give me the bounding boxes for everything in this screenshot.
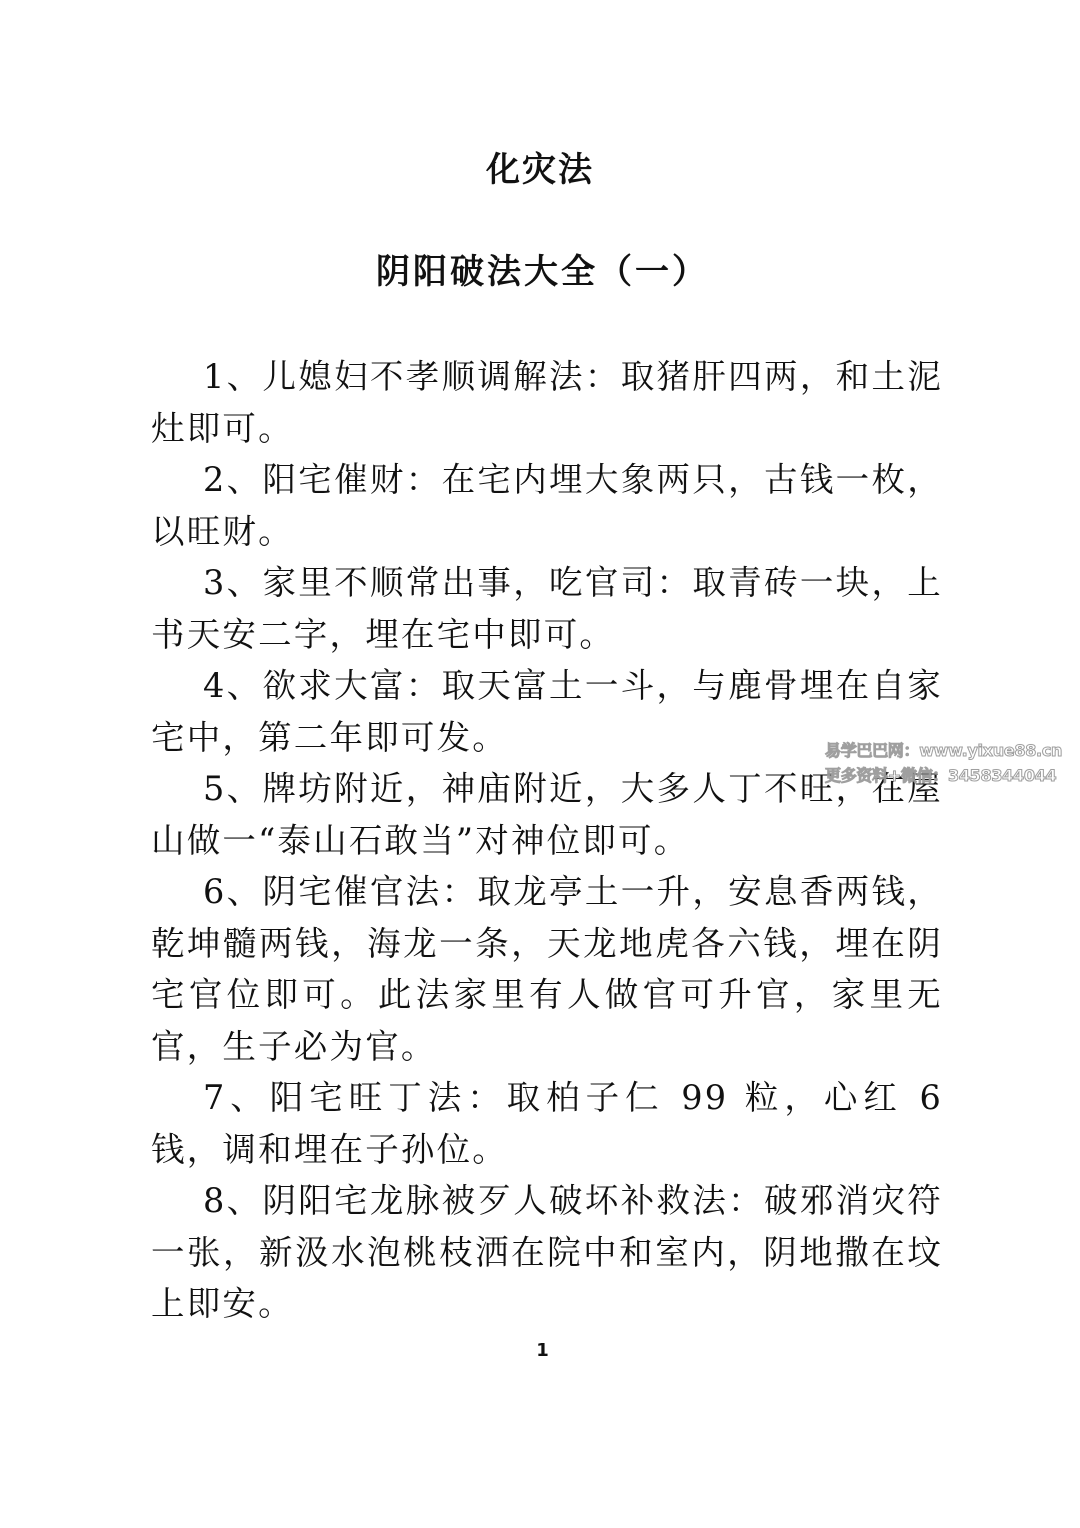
page-number: 1 (0, 1340, 1080, 1361)
paragraph-item-2: 2、阳宅催财：在宅内埋大象两只，古钱一枚，以旺财。 (151, 454, 943, 557)
watermark: 易学巴巴网：www.yixue88.cn 更多资料+微信：3458344044 (825, 738, 1075, 788)
document-subtitle: 阴阳破法大全（一） (0, 248, 1080, 296)
watermark-contact: 更多资料+微信：3458344044 (825, 763, 1075, 788)
document-title: 化灾法 (0, 146, 1080, 194)
document-page: 化灾法 阴阳破法大全（一） 1、儿媳妇不孝顺调解法：取猪肝四两，和土泥灶即可。 … (0, 0, 1080, 1528)
document-body: 1、儿媳妇不孝顺调解法：取猪肝四两，和土泥灶即可。 2、阳宅催财：在宅内埋大象两… (151, 351, 943, 1330)
watermark-website: 易学巴巴网：www.yixue88.cn (825, 738, 1075, 763)
paragraph-item-7: 7、阳宅旺丁法：取柏子仁 99 粒，心红 6 钱，调和埋在子孙位。 (151, 1072, 943, 1175)
paragraph-item-1: 1、儿媳妇不孝顺调解法：取猪肝四两，和土泥灶即可。 (151, 351, 943, 454)
paragraph-item-3: 3、家里不顺常出事，吃官司：取青砖一块，上书天安二字，埋在宅中即可。 (151, 557, 943, 660)
paragraph-item-8: 8、阴阳宅龙脉被歹人破坏补救法：破邪消灾符一张，新汲水泡桃枝洒在院中和室内，阴地… (151, 1175, 943, 1330)
paragraph-item-6: 6、阴宅催官法：取龙亭土一升，安息香两钱，乾坤髓两钱，海龙一条，天龙地虎各六钱，… (151, 866, 943, 1072)
